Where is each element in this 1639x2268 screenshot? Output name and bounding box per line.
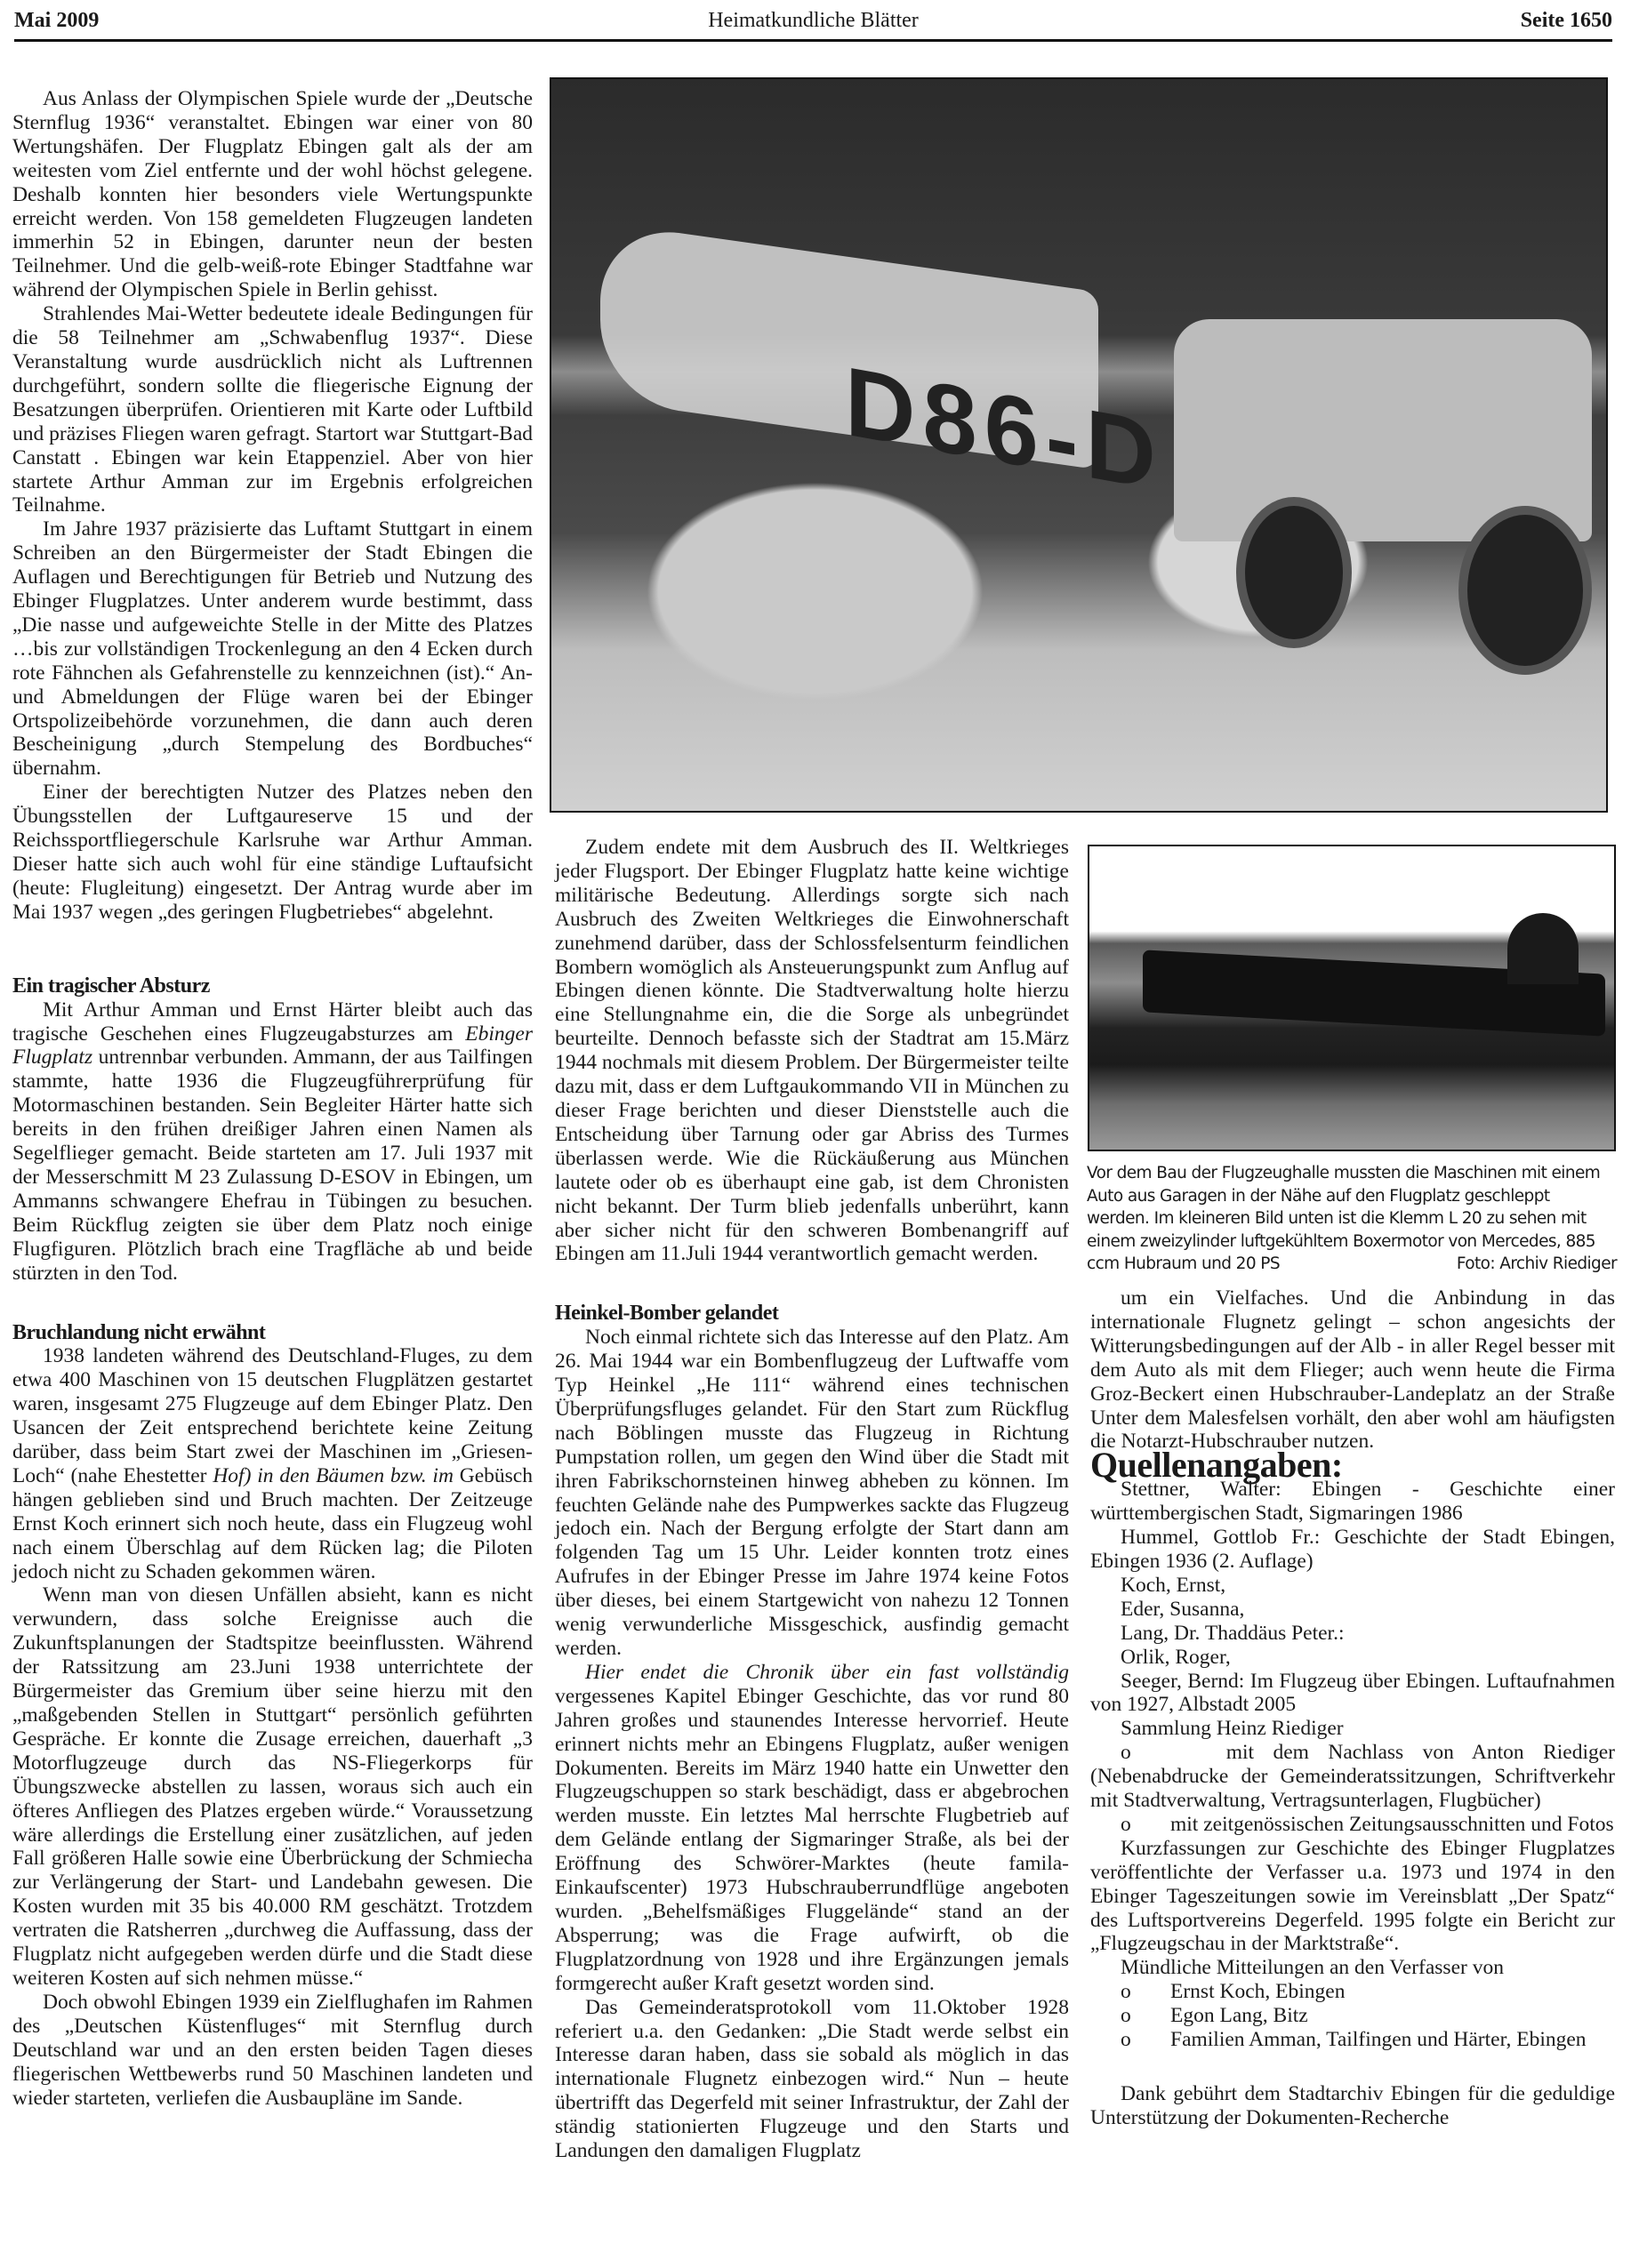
text-run-italic: Hier endet die Chronik über ein fast vol… bbox=[585, 1661, 1069, 1684]
car-wheel bbox=[1236, 497, 1352, 648]
paragraph: Strahlendes Mai-Wetter bedeutete ideale … bbox=[12, 302, 533, 517]
paragraph: Zudem endete mit dem Ausbruch des II. We… bbox=[555, 836, 1069, 1266]
article-column-1: Aus Anlass der Olympischen Spiele wurde … bbox=[12, 87, 533, 2110]
source-item: Mündliche Mitteilungen an den Verfasser … bbox=[1090, 1956, 1615, 1980]
text-run: Egon Lang, Bitz bbox=[1170, 2004, 1615, 2028]
source-item: Seeger, Bernd: Im Flugzeug über Ebingen.… bbox=[1090, 1670, 1615, 1718]
text-run: Familien Amman, Tailfingen und Härter, E… bbox=[1170, 2028, 1615, 2052]
plane-tail bbox=[1507, 913, 1579, 984]
source-item: Orlik, Roger, bbox=[1090, 1646, 1615, 1670]
source-subitem: oErnst Koch, Ebingen bbox=[1090, 1980, 1615, 2004]
paragraph: Einer der berechtigten Nutzer des Platze… bbox=[12, 781, 533, 924]
source-subitem: omit zeitgenössischen Zeitungsausschnitt… bbox=[1090, 1813, 1615, 1837]
source-item: Hummel, Gottlob Fr.: Geschichte der Stad… bbox=[1090, 1526, 1615, 1574]
text-run: untrennbar verbunden. Ammann, der aus Ta… bbox=[12, 1046, 533, 1284]
paragraph: Im Jahre 1937 präzisierte das Luftamt St… bbox=[12, 517, 533, 781]
car-wheel bbox=[1458, 506, 1592, 675]
text-run: Ernst Koch, Ebingen bbox=[1170, 1980, 1615, 2004]
source-item: Kurzfassungen zur Geschichte des Ebinger… bbox=[1090, 1837, 1615, 1957]
source-subitem: oFamilien Amman, Tailfingen und Härter, … bbox=[1090, 2028, 1615, 2052]
paragraph: Das Gemeinderatsprotokoll vom 11.Oktober… bbox=[555, 1996, 1069, 2163]
paragraph: Doch obwohl Ebingen 1939 ein Zielflughaf… bbox=[12, 1991, 533, 2111]
paragraph: Noch einmal richtete sich das Interesse … bbox=[555, 1326, 1069, 1661]
paragraph: Hier endet die Chronik über ein fast vol… bbox=[555, 1661, 1069, 1996]
header-rule bbox=[14, 39, 1612, 42]
subheading-bruchlandung: Bruchlandung nicht erwähnt bbox=[12, 1321, 533, 1345]
page-header: Mai 2009 Heimatkundliche Blätter Seite 1… bbox=[14, 0, 1612, 46]
subheading-heinkel: Heinkel-Bomber gelandet bbox=[555, 1302, 1069, 1326]
page-number: Seite 1650 bbox=[1521, 9, 1612, 33]
source-subitem: o mit dem Nachlass von Anton Riediger (N… bbox=[1090, 1741, 1615, 1813]
article-column-3: um ein Vielfaches. Und die Anbindung in … bbox=[1090, 1286, 1615, 2130]
text-run-italic: Hof) in den Bäumen bzw. im bbox=[213, 1464, 454, 1487]
source-item: Lang, Dr. Thaddäus Peter.: bbox=[1090, 1622, 1615, 1646]
photo-plane-towed-by-car: D86-D bbox=[550, 77, 1608, 813]
publication-title: Heimatkundliche Blätter bbox=[14, 9, 1612, 33]
subheading-absturz: Ein tragischer Absturz bbox=[12, 974, 533, 998]
photo-klemm-l20 bbox=[1088, 845, 1616, 1151]
source-subitem: oEgon Lang, Bitz bbox=[1090, 2004, 1615, 2028]
paragraph: 1938 landeten während des Deutschland-Fl… bbox=[12, 1344, 533, 1583]
text-run: mit zeitgenössischen Zeitungsausschnitte… bbox=[1170, 1813, 1615, 1837]
text-run: Mit Arthur Amman und Ernst Härter bleibt… bbox=[12, 998, 533, 1046]
bullet-marker: o bbox=[1121, 1741, 1131, 1764]
source-item: Koch, Ernst, bbox=[1090, 1574, 1615, 1598]
bullet-marker: o bbox=[1090, 2028, 1170, 2052]
text-run: mit dem Nachlass von Anton Riediger (Neb… bbox=[1090, 1741, 1615, 1812]
source-item: Stettner, Walter: Ebingen - Geschichte e… bbox=[1090, 1478, 1615, 1526]
photo-caption: Vor dem Bau der Flugzeughalle mussten di… bbox=[1087, 1162, 1617, 1276]
paragraph: Wenn man von diesen Unfällen absieht, ka… bbox=[12, 1583, 533, 1990]
paragraph: Aus Anlass der Olympischen Spiele wurde … bbox=[12, 87, 533, 302]
photo-credit: Foto: Archiv Riediger bbox=[1457, 1253, 1617, 1276]
paragraph: Mit Arthur Amman und Ernst Härter bleibt… bbox=[12, 998, 533, 1286]
source-item: Eder, Susanna, bbox=[1090, 1598, 1615, 1622]
bullet-marker: o bbox=[1090, 1980, 1170, 2004]
acknowledgement: Dank gebührt dem Stadtarchiv Ebingen für… bbox=[1090, 2082, 1615, 2130]
bullet-marker: o bbox=[1090, 2004, 1170, 2028]
text-run: vergessenes Kapitel Ebinger Geschichte, … bbox=[555, 1685, 1069, 1995]
paragraph: um ein Vielfaches. Und die Anbindung in … bbox=[1090, 1286, 1615, 1454]
sources-heading: Quellenangaben: bbox=[1090, 1454, 1615, 1478]
article-column-2: Zudem endete mit dem Ausbruch des II. We… bbox=[555, 836, 1069, 2163]
source-item: Sammlung Heinz Riediger bbox=[1090, 1717, 1615, 1741]
sources-list: Stettner, Walter: Ebingen - Geschichte e… bbox=[1090, 1478, 1615, 2052]
bullet-marker: o bbox=[1090, 1813, 1170, 1837]
